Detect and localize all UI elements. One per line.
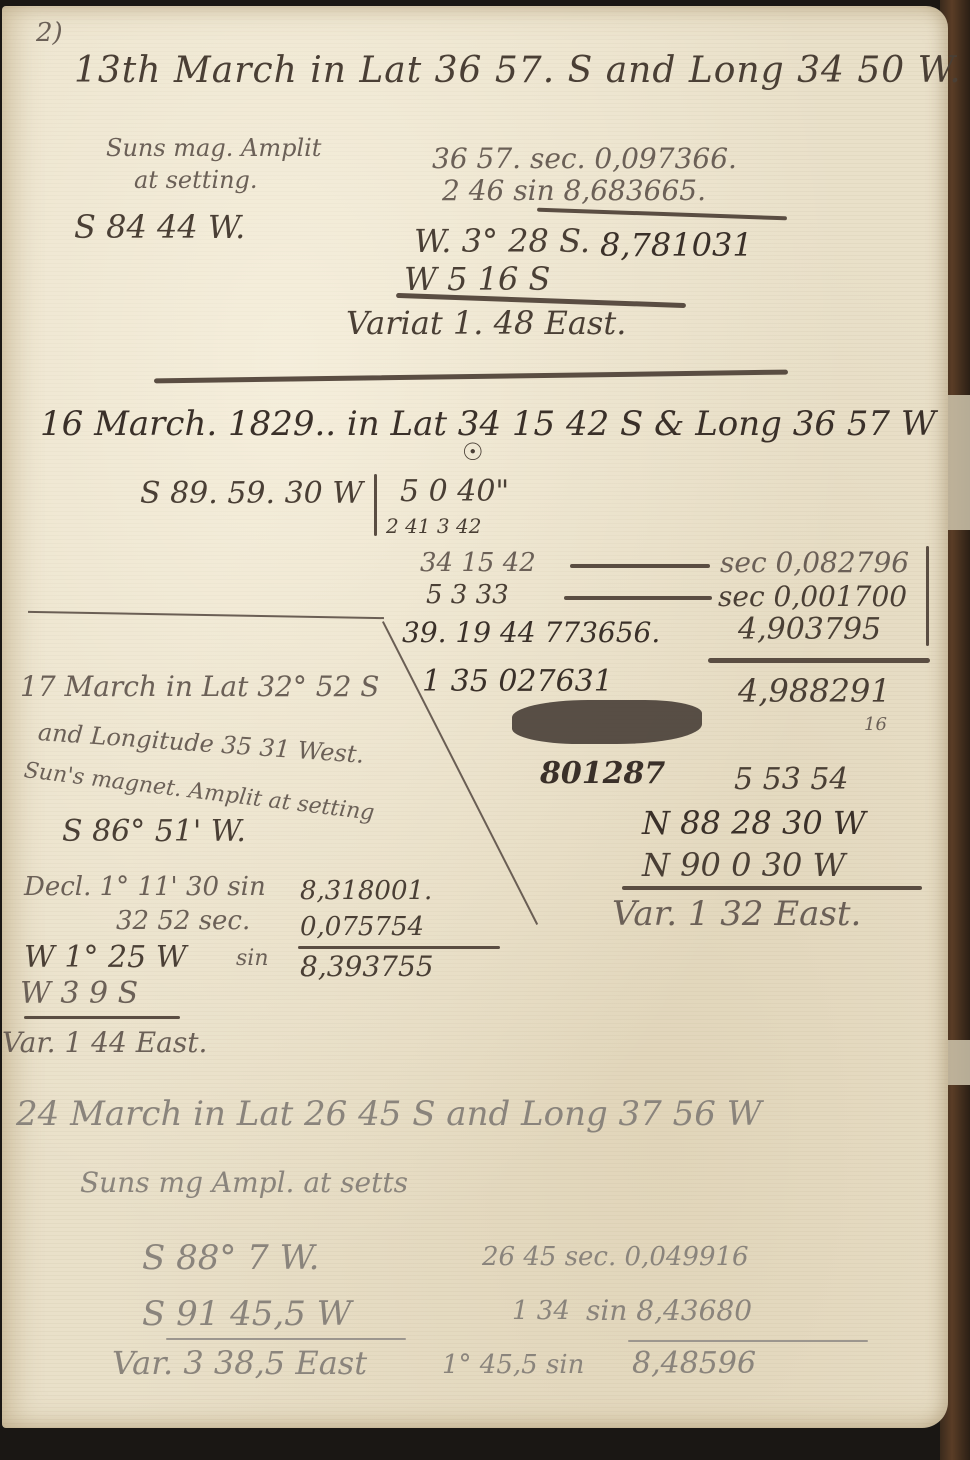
calc-row: 39. 19 44 773656. xyxy=(402,616,660,649)
entry-13-result-2: W 5 16 S xyxy=(404,260,550,298)
bracket xyxy=(926,546,929,646)
underline xyxy=(628,1340,868,1342)
ink-blot xyxy=(512,700,702,744)
leader-line xyxy=(570,564,710,568)
calc-row: 5 0 40" xyxy=(400,474,509,509)
entry-16-variation: Var. 1 32 East. xyxy=(612,894,861,934)
entry-17-row-value: 8,393755 xyxy=(300,950,434,983)
calc-value: 16 xyxy=(864,714,887,735)
section-separator xyxy=(154,370,788,384)
entry-17-calc-value: 0,075754 xyxy=(300,912,424,942)
sun-symbol-icon: ☉ xyxy=(462,438,484,466)
calc-row: 5 3 33 xyxy=(426,580,509,610)
entry-17-calc-value: 8,318001. xyxy=(300,876,432,906)
underline xyxy=(537,208,787,221)
entry-17-calc-left: Decl. 1° 11' 30 sin xyxy=(24,872,266,902)
entry-24-calc-2-left: 1 34 xyxy=(512,1296,570,1326)
calc-value: sec 0,001700 xyxy=(718,580,907,613)
underline xyxy=(298,946,500,949)
calc-row: 1 35 027631 xyxy=(422,664,613,699)
entry-24-calc-2: sin 8,43680 xyxy=(586,1294,752,1327)
entry-13-result-1-value: 8,781031 xyxy=(600,226,753,264)
underline xyxy=(24,1016,180,1019)
entry-13-variation: Variat 1. 48 East. xyxy=(346,304,626,342)
entry-13-amplitude: S 84 44 W. xyxy=(74,208,245,246)
entry-16-heading: 16 March. 1829.. in Lat 34 15 42 S & Lon… xyxy=(40,404,936,444)
entry-24-heading-2: Suns mg Ampl. at setts xyxy=(80,1166,408,1199)
leader-line xyxy=(564,596,712,600)
entry-17-row-w1: W 1° 25 W xyxy=(24,940,187,975)
entry-17-row-fn: sin xyxy=(236,946,269,971)
calc-value: sec 0,082796 xyxy=(720,546,909,579)
entry-24-amplitude-2: S 91 45,5 W xyxy=(142,1294,352,1334)
entry-13-result-1-left: W. 3° 28 S. xyxy=(414,222,590,260)
entry-24-calc-3: 8,48596 xyxy=(632,1346,756,1381)
entry-24-calc-1: 26 45 sec. 0,049916 xyxy=(482,1242,749,1272)
entry-16-amplitude: S 89. 59. 30 W xyxy=(140,476,363,511)
entry-24-heading-1: 24 March in Lat 26 45 S and Long 37 56 W xyxy=(16,1094,762,1134)
entry-17-amplitude: S 86° 51' W. xyxy=(62,814,246,849)
entry-13-label-2: at setting. xyxy=(134,166,258,194)
calc-value: 4,988291 xyxy=(738,672,891,710)
calc-value: 4,903795 xyxy=(738,612,881,647)
entry-17-heading-2: and Longitude 35 31 West. xyxy=(37,718,365,769)
entry-24-calc-3-left: 1° 45,5 sin xyxy=(442,1350,584,1380)
underline xyxy=(622,886,922,890)
calc-row: 34 15 42 xyxy=(420,548,536,578)
entry-13-calc-row: 36 57. sec. 0,097366. xyxy=(432,142,737,175)
calc-row: 2 41 3 42 xyxy=(386,514,481,538)
calc-value: 5 53 54 xyxy=(734,762,849,797)
entry-17-calc-left: 32 52 sec. xyxy=(116,906,250,936)
entry-17-variation: Var. 1 44 East. xyxy=(2,1026,207,1059)
entry-16-result-2: N 90 0 30 W xyxy=(642,846,845,884)
calc-row: 801287 xyxy=(540,756,665,791)
entry-24-variation: Var. 3 38,5 East xyxy=(112,1344,367,1382)
underline xyxy=(708,658,930,663)
entry-13-label-1: Suns mag. Amplit xyxy=(106,134,321,162)
entry-24-amplitude-1: S 88° 7 W. xyxy=(142,1238,319,1278)
divider-bar xyxy=(374,474,377,536)
entry-17-heading-1: 17 March in Lat 32° 52 S xyxy=(20,670,379,703)
entry-16-result-1: N 88 28 30 W xyxy=(642,804,866,842)
binding-tape xyxy=(948,1040,970,1085)
manuscript-page: 2) 13th March in Lat 36 57. S and Long 3… xyxy=(2,6,948,1428)
underline xyxy=(166,1338,406,1340)
entry-17-row-w2: W 3 9 S xyxy=(20,976,138,1011)
entry-13-heading: 13th March in Lat 36 57. S and Long 34 5… xyxy=(74,50,962,91)
entry-13-calc-row: 2 46 sin 8,683665. xyxy=(442,174,706,207)
page-marker: 2) xyxy=(36,18,63,48)
section-border xyxy=(28,611,384,619)
binding-tape xyxy=(948,395,970,530)
